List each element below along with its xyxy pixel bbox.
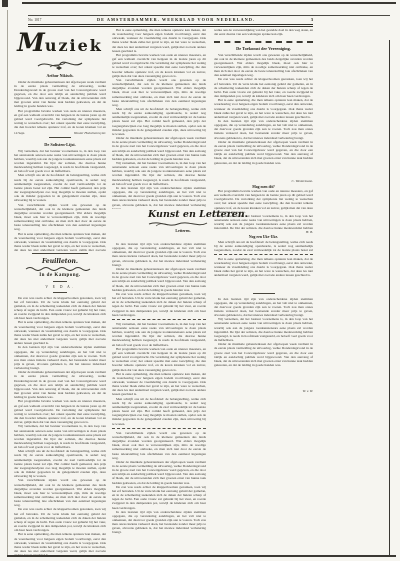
column-1: Muziek Arthur Nikisch. Onder de muzikale… (14, 28, 106, 555)
feuilleton-body: De zon was reeds achter de klapperboomen… (14, 296, 106, 556)
body-text-paragraph: Onder de muzikale gebeurtenissen der afg… (14, 80, 106, 109)
article-heading: De Toekomst der Vereeniging. (214, 46, 313, 51)
newspaper-page: No. 1017 DE AMSTERDAMMER. WEEKBLAD VOOR … (0, 0, 400, 561)
body-text-paragraph: Onder de muzikale gebeurtenissen der afg… (112, 267, 206, 292)
body-text-paragraph: Onder de muzikale gebeurtenissen der afg… (214, 140, 313, 165)
newspaper-title: DE AMSTERDAMMER. WEEKBLAD VOOR NEDERLAND… (97, 17, 255, 22)
divider-rule (49, 137, 71, 138)
kunst-en-letteren-section: Kunst en Letteren. Letteren. (112, 209, 206, 242)
body-text-paragraph: Van verschillende zijden wordt ons gewez… (214, 53, 313, 78)
body-text-paragraph: Wij vernemen, dat het bestuur voornemens… (214, 317, 313, 342)
body-text-paragraph: In den laatsten tijd zijn van onderschei… (112, 186, 206, 209)
body-text-paragraph: In den laatsten tijd zijn van onderschei… (112, 242, 206, 267)
article-signature: H. B. (214, 230, 313, 234)
body-text-paragraph: De zon was reeds achter de klapperboomen… (14, 296, 106, 321)
page-number: 3 (311, 17, 313, 22)
muziek-initial: M (17, 28, 45, 57)
body-text-paragraph: Het programma bevatte werken van oude en… (214, 189, 313, 214)
body-text-paragraph: Men schrijft ons uit de hoofdstad: de be… (112, 397, 206, 426)
body-text-paragraph: Men schrijft ons uit de hoofdstad: de be… (112, 107, 206, 136)
body-text-paragraph: Het is eene opmerking, die men telkens o… (214, 257, 313, 278)
body-text-paragraph: Onder de muzikale gebeurtenissen der afg… (214, 342, 313, 367)
body-text-paragraph: Het programma bevatte werken van oude en… (112, 53, 206, 78)
body-text-paragraph: Men schrijft ons uit de hoofdstad: de be… (214, 240, 313, 252)
feuilleton-story-title: In de Kampong. (14, 273, 106, 278)
body-text-paragraph: Onder de muzikale gebeurtenissen der afg… (14, 370, 106, 399)
body-text-paragraph: Van verschillende zijden wordt ons gewez… (112, 431, 206, 460)
section-title-muziek: Muziek (14, 28, 106, 58)
article-date: 14 Sept. (14, 131, 25, 135)
muziek-rest: uziek (45, 36, 103, 55)
body-text-paragraph: In den laatsten tijd zijn van onderschei… (112, 510, 206, 535)
body-text-paragraph: Onder de muzikale gebeurtenissen der afg… (112, 136, 206, 161)
divider-rule (253, 293, 275, 294)
article-body: Onder de muzikale gebeurtenissen der afg… (14, 80, 106, 130)
solistenlijst-heading: De Solisten-Lijst. (14, 142, 106, 147)
article-byline: 14 Sept. Wouter Hutschenruyter. (14, 131, 106, 135)
article-author: Wouter Hutschenruyter. (74, 131, 106, 135)
divider-rule (112, 319, 206, 320)
flourish-ornament-icon (148, 220, 208, 228)
divider-rule (32, 253, 88, 254)
body-text-paragraph: Wij vernemen, dat het bestuur voornemens… (214, 214, 313, 229)
body-text-paragraph: Het is eene opmerking, die men telkens o… (214, 98, 313, 119)
masthead-rule-top (28, 15, 390, 16)
body-text-paragraph: Onder de muzikale gebeurtenissen der afg… (112, 460, 206, 485)
letteren-subheading: Letteren. (148, 229, 218, 233)
body-text-paragraph: Het is eene opmerking, die men telkens o… (112, 372, 206, 397)
body-text-paragraph: Wij vernemen, dat het bestuur voornemens… (14, 149, 106, 174)
item-heading: Mag men dit? (214, 185, 313, 189)
column-3: welke aan de verwezenlijking van het ges… (214, 28, 313, 410)
article-body: In den laatsten tijd zijn van onderschei… (214, 297, 313, 389)
article-body: Men schrijft ons uit de hoofdstad: de be… (214, 240, 313, 252)
scan-edge-top (22, 2, 396, 4)
body-text-paragraph: Van verschillende zijden wordt ons gewez… (14, 203, 106, 232)
scan-edge-corner (2, 0, 8, 7)
wavy-rule-icon (25, 266, 95, 271)
body-text-paragraph: welke aan de verwezenlijking van het ges… (214, 28, 313, 36)
body-text-paragraph: In den laatsten tijd zijn van onderschei… (214, 297, 313, 318)
body-text-paragraph: Het programma bevatte werken van oude en… (14, 399, 106, 424)
body-text-paragraph: Het is eene opmerking, die men telkens o… (14, 232, 106, 251)
article-body: Het is eene opmerking, die men telkens o… (112, 28, 206, 209)
article-continuation: welke aan de verwezenlijking van het ges… (214, 28, 313, 39)
body-text-paragraph: De zon was reeds achter de klapperboomen… (214, 77, 313, 98)
scan-edge-right (389, 40, 390, 557)
body-text-paragraph: Wij vernemen, dat het bestuur voornemens… (14, 424, 106, 449)
item-heading: Nog een Uke-Uke. (214, 235, 313, 239)
body-text-paragraph: Het is eene opmerking, die men telkens o… (14, 532, 106, 555)
article-body: Van verschillende zijden wordt ons gewez… (214, 53, 313, 179)
body-text-paragraph: De zon was reeds achter de klapperboomen… (112, 292, 206, 317)
heavy-dashed-rule (214, 41, 313, 43)
article-body: Het is eene opmerking, die men telkens o… (214, 257, 313, 291)
article-signature: C. Westermann. (214, 179, 313, 183)
article-body: Het programma bevatte werken van oude en… (214, 189, 313, 229)
body-text-paragraph: De zon was reeds achter de klapperboomen… (112, 485, 206, 510)
body-text-paragraph: Van verschillende zijden wordt ons gewez… (112, 78, 206, 107)
masthead-rule-bottom (28, 24, 313, 27)
scan-edge-bottom (7, 555, 396, 557)
body-text-paragraph: Het programma bevatte werken van oude en… (14, 109, 106, 130)
body-text-paragraph: Het is eene opmerking, die men telkens o… (14, 320, 106, 345)
divider-rule (53, 292, 67, 293)
body-text-paragraph: Men schrijft ons uit de hoofdstad: de be… (14, 173, 106, 202)
body-text-paragraph: In den laatsten tijd zijn van onderschei… (14, 345, 106, 370)
feuilleton-author: V E D A. (14, 285, 106, 289)
article-body: Wij vernemen, dat het bestuur voornemens… (14, 149, 106, 251)
body-text-paragraph: Het is eene opmerking, die men telkens o… (112, 28, 206, 53)
flourish-ornament-icon (36, 58, 84, 71)
body-text-paragraph: In den laatsten tijd zijn van onderschei… (214, 119, 313, 140)
article-subject-heading: Arthur Nikisch. (14, 73, 106, 78)
divider-rule (112, 428, 206, 429)
scan-edge-left (7, 10, 8, 556)
issue-number: No. 1017 (28, 18, 41, 22)
body-text-paragraph: Men schrijft ons uit de hoofdstad: de be… (14, 449, 106, 478)
article-signature: W. v. W. (214, 389, 313, 393)
feuilleton-label: Feuilleton. (14, 258, 106, 265)
body-text-paragraph: Van verschillende zijden wordt ons gewez… (14, 478, 106, 507)
divider-rule (214, 254, 313, 255)
body-text-paragraph: Het programma bevatte werken van oude en… (112, 347, 206, 372)
masthead: No. 1017 DE AMSTERDAMMER. WEEKBLAD VOOR … (28, 17, 313, 22)
body-text-paragraph: Wij vernemen, dat het bestuur voornemens… (112, 161, 206, 186)
body-text-paragraph: Wij vernemen, dat het bestuur voornemens… (112, 322, 206, 347)
divider-rule (53, 281, 67, 282)
body-text-paragraph: De zon was reeds achter de klapperboomen… (14, 507, 106, 532)
article-body: In den laatsten tijd zijn van onderschei… (112, 242, 206, 555)
column-2: Het is eene opmerking, die men telkens o… (112, 28, 206, 555)
